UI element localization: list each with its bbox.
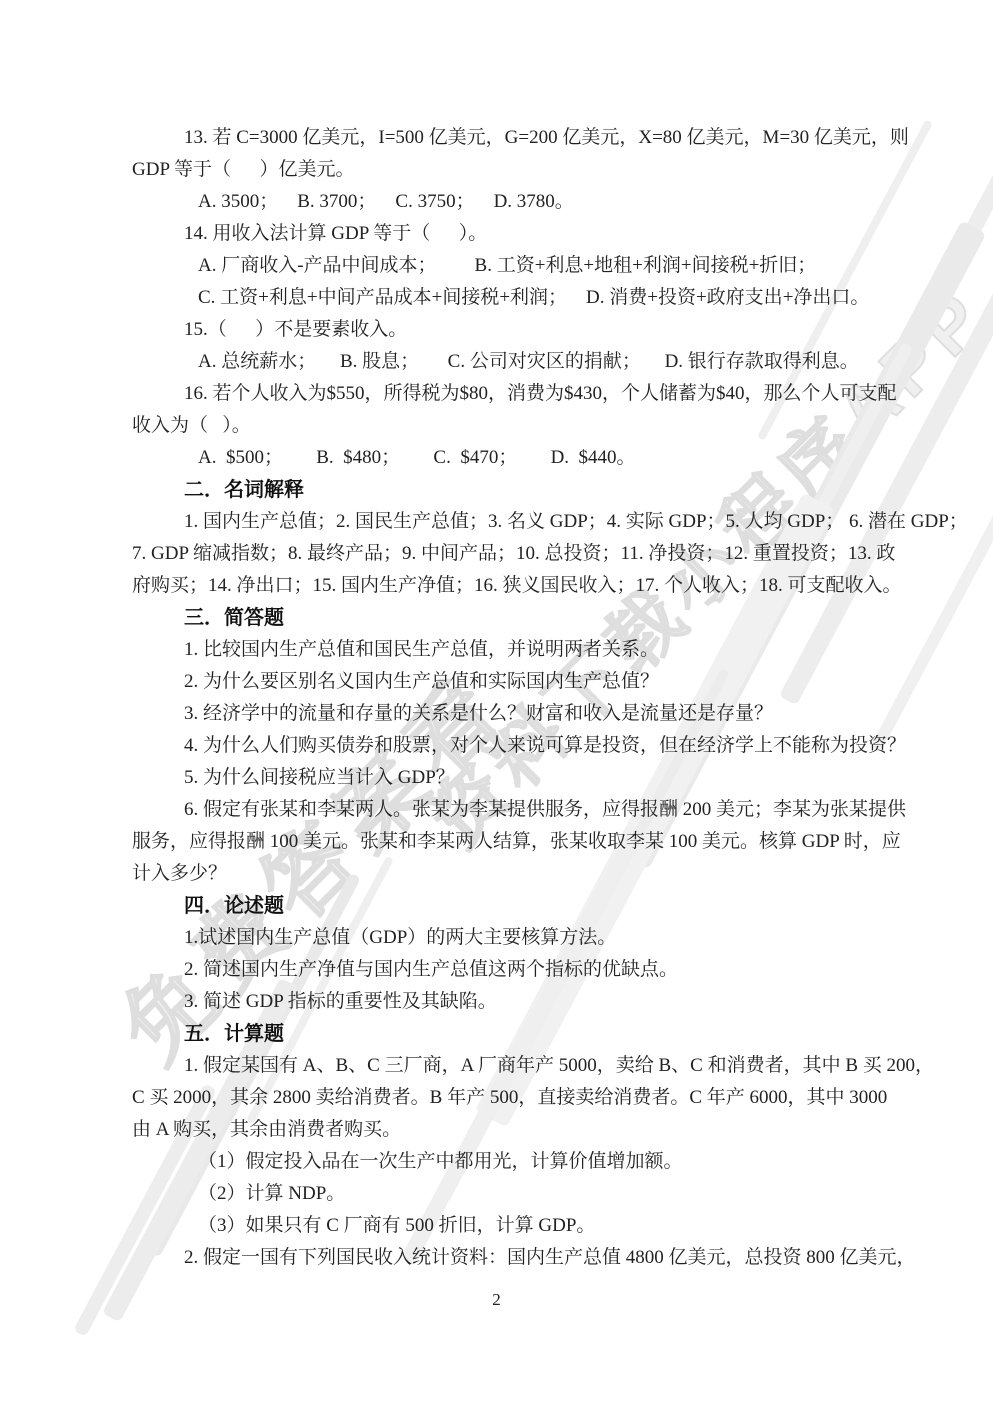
text-line: 4. 为什么人们购买债券和股票，对个人来说可算是投资，但在经济学上不能称为投资？ xyxy=(132,730,872,762)
text-line: 2. 假定一国有下列国民收入统计资料：国内生产总值 4800 亿美元，总投资 8… xyxy=(132,1242,872,1274)
text-line: 1. 假定某国有 A、B、C 三厂商，A 厂商年产 5000，卖给 B、C 和消… xyxy=(132,1050,872,1082)
text-line: GDP 等于（ ）亿美元。 xyxy=(132,154,872,186)
text-line: 计入多少？ xyxy=(132,858,872,890)
text-line: 5. 为什么间接税应当计入 GDP？ xyxy=(132,762,872,794)
section-heading: 二．名词解释 xyxy=(132,474,872,506)
question-text-block: 13. 若 C=3000 亿美元，I=500 亿美元，G=200 亿美元，X=8… xyxy=(132,122,872,1274)
text-line: A. 厂商收入-产品中间成本； B. 工资+利息+地租+利润+间接税+折旧； xyxy=(132,250,872,282)
text-line: 2. 简述国内生产净值与国内生产总值这两个指标的优缺点。 xyxy=(132,954,872,986)
page-number: 2 xyxy=(0,1290,993,1310)
text-line: 7. GDP 缩减指数；8. 最终产品；9. 中间产品；10. 总投资；11. … xyxy=(132,538,872,570)
section-heading: 四．论述题 xyxy=(132,890,872,922)
text-line: 服务，应得报酬 100 美元。张某和李某两人结算，张某收取李某 100 美元。核… xyxy=(132,826,872,858)
text-line: 1. 国内生产总值；2. 国民生产总值；3. 名义 GDP；4. 实际 GDP；… xyxy=(132,506,872,538)
text-line: 府购买；14. 净出口；15. 国内生产净值；16. 狭义国民收入；17. 个人… xyxy=(132,570,872,602)
text-line: 3. 经济学中的流量和存量的关系是什么？财富和收入是流量还是存量？ xyxy=(132,698,872,730)
text-line: 收入为（ ）。 xyxy=(132,410,872,442)
text-line: 由 A 购买，其余由消费者购买。 xyxy=(132,1114,872,1146)
text-line: 13. 若 C=3000 亿美元，I=500 亿美元，G=200 亿美元，X=8… xyxy=(132,122,872,154)
text-line: （1）假定投入品在一次生产中都用光，计算价值增加额。 xyxy=(132,1146,872,1178)
section-heading: 三．简答题 xyxy=(132,602,872,634)
text-line: C 买 2000，其余 2800 卖给消费者。B 年产 500，直接卖给消费者。… xyxy=(132,1082,872,1114)
text-line: 1.试述国内生产总值（GDP）的两大主要核算方法。 xyxy=(132,922,872,954)
text-line: 6. 假定有张某和李某两人。张某为李某提供服务，应得报酬 200 美元；李某为张… xyxy=(132,794,872,826)
watermark-streak xyxy=(870,447,993,753)
text-line: A. $500； B. $480； C. $470； D. $440。 xyxy=(132,442,872,474)
text-line: 16. 若个人收入为$550，所得税为$80，消费为$430，个人储蓄为$40，… xyxy=(132,378,872,410)
text-line: A. 总统薪水； B. 股息； C. 公司对灾区的捐献； D. 银行存款取得利息… xyxy=(132,346,872,378)
text-line: 15.（ ）不是要素收入。 xyxy=(132,314,872,346)
text-line: 14. 用收入法计算 GDP 等于（ ）。 xyxy=(132,218,872,250)
text-line: A. 3500； B. 3700； C. 3750； D. 3780。 xyxy=(132,186,872,218)
text-line: 2. 为什么要区别名义国内生产总值和实际国内生产总值？ xyxy=(132,666,872,698)
text-line: 1. 比较国内生产总值和国民生产总值，并说明两者关系。 xyxy=(132,634,872,666)
text-line: （3）如果只有 C 厂商有 500 折旧，计算 GDP。 xyxy=(132,1210,872,1242)
document-page: 免费答案看 资料下载小程序APP 13. 若 C=3000 亿美元，I=500 … xyxy=(0,0,993,1404)
text-line: C. 工资+利息+中间产品成本+间接税+利润； D. 消费+投资+政府支出+净出… xyxy=(132,282,872,314)
section-heading: 五．计算题 xyxy=(132,1018,872,1050)
text-line: 3. 简述 GDP 指标的重要性及其缺陷。 xyxy=(132,986,872,1018)
text-line: （2）计算 NDP。 xyxy=(132,1178,872,1210)
